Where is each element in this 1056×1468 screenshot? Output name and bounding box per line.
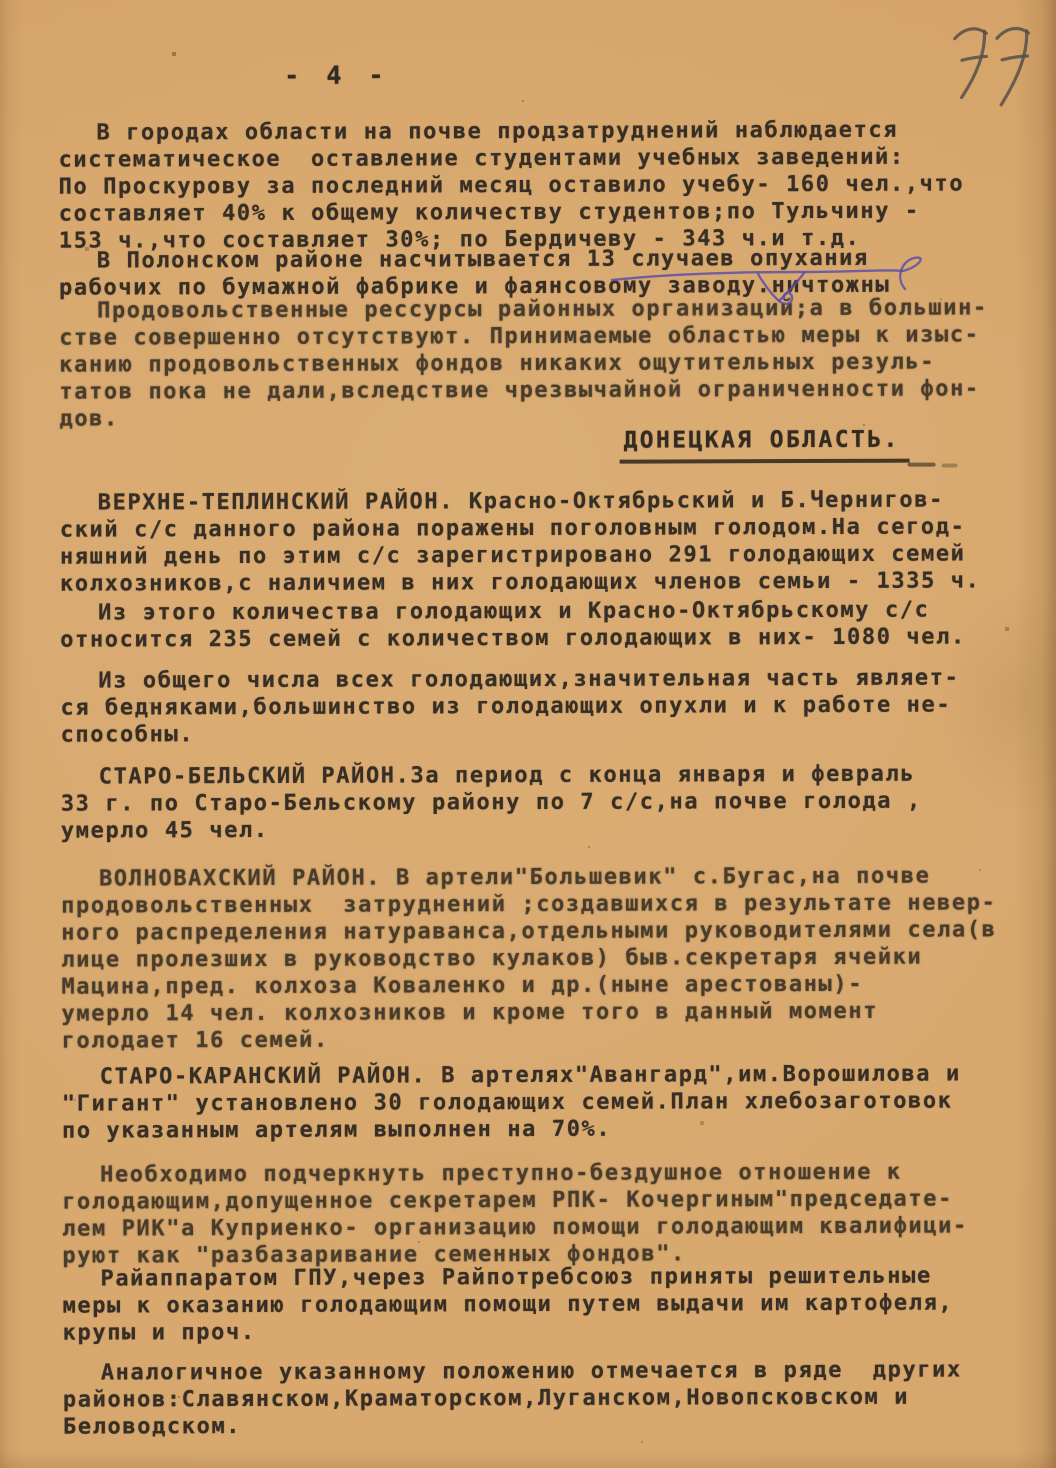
paragraph-similar-situation-other-districts: Аналогичное указанному положению отмечае… [63, 1356, 1023, 1440]
paragraph-polonsky-district-swelling: В Полонском районе насчитывается 13 случ… [59, 244, 1019, 301]
paragraph-krasno-oktyabrsky-count: Из этого количества голодающих и Красно-… [60, 596, 1020, 653]
paragraph-staro-belsky-district: СТАРО-БЕЛЬСКИЙ РАЙОН.За период с конца я… [61, 760, 1021, 844]
paragraph-cities-students-dropout: В городах области на почве продзатруднен… [58, 116, 1018, 254]
paragraph-gpu-measures-potatoes: Райаппаратом ГПУ,через Райпотребсоюз при… [62, 1262, 1022, 1346]
paragraph-criminal-attitude-officials: Необходимо подчеркнуть преступно-бездушн… [62, 1158, 1022, 1269]
paragraph-staro-karansky-district: СТАРО-КАРАНСКИЙ РАЙОН. В артелях"Авангар… [62, 1060, 1022, 1144]
paragraph-volnovakhsky-district: ВОЛНОВАХСКИЙ РАЙОН. В артели"Большевик" … [61, 862, 1022, 1054]
typewritten-text-layer: - 4 - В городах области на почве продзат… [0, 0, 1056, 1468]
document-scan-page: - 4 - В городах области на почве продзат… [0, 0, 1056, 1468]
paragraph-food-resources-absent: Продовольственные рессурсы районных орга… [59, 294, 1019, 432]
section-heading-donetsk-oblast: ДОНЕЦКАЯ ОБЛАСТЬ. [619, 427, 909, 464]
paragraph-verkhne-teplinsky-district: ВЕРХНЕ-ТЕПЛИНСКИЙ РАЙОН. Красно-Октябрьс… [60, 486, 1020, 597]
paragraph-starving-poor-unable-to-work: Из общего числа всех голодающих,значител… [60, 664, 1020, 748]
heading-underline-dash [942, 464, 958, 468]
heading-underline-dash [908, 463, 936, 467]
page-number: - 4 - [284, 60, 389, 89]
